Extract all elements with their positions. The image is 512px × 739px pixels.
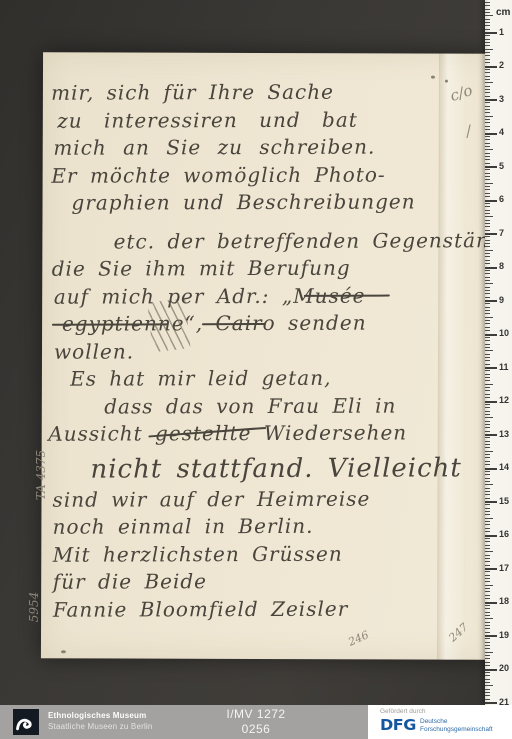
ruler-tick [485, 300, 497, 302]
ruler-tick [485, 411, 490, 412]
ruler-tick [485, 615, 490, 616]
ruler-tick [485, 384, 493, 385]
ruler-tick [485, 692, 490, 693]
ruler-tick [485, 216, 493, 217]
ruler-tick [485, 561, 490, 562]
ruler-tick [485, 545, 490, 546]
ruler-tick [485, 642, 490, 643]
ruler-tick [485, 206, 490, 207]
ruler-tick [485, 595, 490, 596]
ruler-tick [485, 317, 493, 318]
ruler-number: 9 [499, 295, 504, 305]
ruler-number: 10 [499, 328, 509, 338]
handwritten-letter-text: mir, sich für Ihre Sachezu interessiren … [51, 78, 477, 623]
ruler-tick [485, 565, 490, 566]
ruler-tick [485, 116, 493, 117]
ruler-tick [485, 457, 490, 458]
ruler-tick [485, 133, 497, 135]
ruler-unit-label: cm [496, 7, 510, 18]
ruler-tick [485, 568, 497, 570]
ruler-tick [485, 508, 490, 509]
ruler-tick [485, 434, 497, 436]
ruler-tick [485, 69, 490, 70]
ruler-tick [485, 558, 490, 559]
underline-stroke-musee [304, 295, 390, 297]
ruler-tick [485, 377, 490, 378]
ruler-tick [485, 652, 493, 653]
ruler-tick [485, 82, 493, 83]
ruler-tick [485, 437, 490, 438]
ruler-tick [485, 605, 490, 606]
ruler-tick [485, 290, 490, 291]
ruler-tick [485, 394, 490, 395]
ruler-tick [485, 344, 490, 345]
ruler-tick [485, 79, 490, 80]
ruler-tick [485, 401, 497, 403]
ruler-tick [485, 122, 490, 123]
ruler-tick [485, 612, 490, 613]
ruler-tick [485, 682, 490, 683]
ruler-tick [485, 521, 490, 522]
ruler-tick [485, 387, 490, 388]
ruler-tick [485, 511, 490, 512]
ruler-tick [485, 176, 490, 177]
ruler-tick [485, 414, 490, 415]
letter-line: mir, sich für Ihre Sache [51, 78, 475, 107]
ruler-tick [485, 648, 490, 649]
ruler-tick [485, 52, 490, 53]
ruler-tick [485, 380, 490, 381]
ruler-tick [485, 689, 490, 690]
ruler-tick [485, 253, 490, 254]
ruler-tick [485, 200, 497, 202]
dfg-org-name: Deutsche Forschungsgemeinschaft [420, 718, 493, 733]
paper-speck [61, 650, 66, 653]
ruler-tick [485, 143, 490, 144]
ruler-tick [485, 256, 490, 257]
ruler-tick [485, 488, 490, 489]
ruler-tick [485, 658, 490, 659]
ruler-tick [485, 390, 490, 391]
ruler-tick [485, 129, 490, 130]
ruler-tick [485, 471, 490, 472]
ruler-tick [485, 481, 490, 482]
letter-line: die Sie ihm mit Berufung [52, 254, 476, 283]
ruler-number: 20 [499, 663, 509, 673]
ruler-tick [485, 62, 490, 63]
ruler-tick [485, 454, 490, 455]
ruler-tick [485, 585, 493, 586]
ruler-tick [485, 665, 490, 666]
ruler-tick [485, 622, 490, 623]
ruler-tick [485, 19, 490, 20]
ruler-tick [485, 608, 490, 609]
ruler-tick [485, 364, 490, 365]
letter-paper: mir, sich für Ihre Sachezu interessiren … [41, 52, 491, 660]
ruler-tick [485, 447, 490, 448]
ruler-tick [485, 156, 490, 157]
ruler-tick [485, 39, 490, 40]
ruler-tick [485, 578, 490, 579]
pencil-archive-code: TA 4375 [34, 430, 48, 520]
ruler-tick [485, 367, 497, 369]
ruler-tick [485, 397, 490, 398]
ruler-tick [485, 220, 490, 221]
ruler-tick [485, 628, 490, 629]
letter-line: Fannie Bloomfield Zeisler [53, 595, 477, 624]
ruler-number: 2 [499, 60, 504, 70]
ruler-tick [485, 618, 493, 619]
ruler-tick [485, 126, 490, 127]
ruler-tick [485, 535, 497, 537]
ruler-tick [485, 638, 490, 639]
ruler-tick [485, 210, 490, 211]
ruler-tick [485, 588, 490, 589]
underline-stroke-cairo [202, 323, 266, 325]
ruler-tick [485, 354, 490, 355]
ruler-tick [485, 357, 490, 358]
ruler-tick [485, 340, 490, 341]
ruler-number: 14 [499, 462, 509, 472]
ruler-tick [485, 293, 490, 294]
ruler-tick [485, 9, 490, 10]
letter-line: für die Beide [53, 567, 477, 596]
letter-line: wollen. [54, 337, 476, 366]
ruler-tick [485, 518, 493, 519]
ruler-tick [485, 5, 490, 6]
ruler-tick [485, 173, 490, 174]
ruler-tick [485, 273, 490, 274]
ruler-tick [485, 555, 490, 556]
ruler-number: 8 [499, 261, 504, 271]
ruler-tick [485, 645, 490, 646]
ruler-number: 18 [499, 596, 509, 606]
ruler-number: 4 [499, 127, 504, 137]
ruler-tick [485, 504, 490, 505]
ruler-tick [485, 169, 490, 170]
ruler-tick [485, 193, 490, 194]
ruler-tick [485, 548, 490, 549]
ruler-tick [485, 531, 490, 532]
ruler-tick [485, 196, 490, 197]
ruler-tick [485, 189, 490, 190]
letter-line: graphien und Beschreibungen [71, 188, 475, 217]
ruler-tick [485, 699, 490, 700]
ruler-tick [485, 213, 490, 214]
ruler: cm 123456789101112131415161718192021 [485, 0, 512, 706]
ruler-tick [485, 591, 490, 592]
ruler-tick [485, 407, 490, 408]
ruler-number: 1 [499, 27, 504, 37]
ruler-tick [485, 675, 490, 676]
ruler-tick [485, 672, 490, 673]
ruler-tick [485, 598, 490, 599]
ruler-tick [485, 417, 493, 418]
ruler-tick [485, 42, 490, 43]
ruler-tick [485, 267, 497, 269]
ruler-tick [485, 136, 490, 137]
ruler-tick [485, 662, 490, 663]
ruler-tick [485, 179, 490, 180]
ruler-tick [485, 102, 490, 103]
ruler-tick [485, 66, 497, 68]
ruler-tick [485, 263, 490, 264]
ruler-number: 17 [499, 563, 509, 573]
crossout-hatch-marks [147, 298, 190, 352]
ruler-tick [485, 451, 493, 452]
ruler-tick [485, 498, 490, 499]
ruler-tick [485, 669, 497, 671]
letter-line: Aussicht gestellte Wiedersehen [48, 419, 476, 448]
letter-line: Es hat mir leid getan, [70, 364, 476, 393]
letter-line: noch einmal in Berlin. [53, 512, 477, 541]
ruler-tick [485, 494, 490, 495]
ruler-tick [485, 106, 490, 107]
ruler-tick [485, 334, 497, 336]
ruler-tick [485, 575, 490, 576]
ruler-tick [485, 695, 490, 696]
ruler-tick [485, 679, 490, 680]
ruler-tick [485, 280, 490, 281]
ruler-tick [485, 226, 490, 227]
letter-line: auf mich per Adr.: „Musée [54, 282, 476, 311]
ruler-tick [485, 655, 490, 656]
ruler-tick [485, 524, 490, 525]
ruler-number: 15 [499, 496, 509, 506]
ruler-tick [485, 250, 493, 251]
ruler-tick [485, 421, 490, 422]
ruler-tick [485, 632, 490, 633]
ruler-tick [485, 310, 490, 311]
pencil-archive-number: 5954 [27, 577, 41, 637]
ruler-tick [485, 330, 490, 331]
ruler-tick [485, 474, 490, 475]
ruler-tick [485, 230, 490, 231]
ruler-tick [485, 287, 490, 288]
ruler-tick [485, 307, 490, 308]
ruler-tick [485, 112, 490, 113]
ruler-tick [485, 49, 493, 50]
ruler-tick [485, 186, 490, 187]
ruler-tick [485, 538, 490, 539]
letter-line: nicht stattfand. Vielleicht [90, 451, 476, 486]
ruler-tick [485, 468, 497, 470]
ruler-tick [485, 431, 490, 432]
letter-line: Mit herzlichsten Grüssen [53, 540, 477, 569]
letter-line: sind wir auf der Heimreise [52, 485, 476, 514]
ruler-tick [485, 370, 490, 371]
ruler-tick [485, 25, 490, 26]
ruler-tick [485, 139, 490, 140]
ruler-number: 13 [499, 429, 509, 439]
ruler-tick [485, 551, 493, 552]
ruler-tick [485, 374, 490, 375]
ruler-tick [485, 72, 490, 73]
ruler-tick [485, 501, 497, 503]
ruler-tick [485, 327, 490, 328]
ruler-tick [485, 153, 490, 154]
ruler-tick [485, 323, 490, 324]
ruler-tick [485, 236, 490, 237]
ruler-tick [485, 243, 490, 244]
ruler-tick [485, 571, 490, 572]
ruler-tick [485, 297, 490, 298]
funding-box: Gefördert durch DFG Deutsche Forschungsg… [368, 705, 512, 739]
ruler-tick [485, 35, 490, 36]
ruler-tick [485, 223, 490, 224]
ruler-tick [485, 76, 490, 77]
ruler-tick [485, 149, 493, 150]
ruler-tick [485, 313, 490, 314]
ruler-number: 6 [499, 194, 504, 204]
ruler-tick [485, 444, 490, 445]
ruler-tick [485, 159, 490, 160]
ruler-tick [485, 464, 490, 465]
ruler-tick [485, 89, 490, 90]
ruler-tick [485, 427, 490, 428]
ruler-tick [485, 461, 490, 462]
letter-line: mich an Sie zu schreiben. [53, 133, 475, 162]
ruler-number: 16 [499, 529, 509, 539]
ruler-tick [485, 404, 490, 405]
footer-bar: Ethnologisches Museum Staatliche Museen … [0, 705, 512, 739]
ruler-tick [485, 86, 490, 87]
ruler-number: 19 [499, 630, 509, 640]
ruler-tick [485, 2, 490, 3]
ruler-tick [485, 337, 490, 338]
ruler-tick [485, 635, 497, 637]
ruler-tick [485, 183, 493, 184]
ruler-tick [485, 625, 490, 626]
ruler-number: 5 [499, 161, 504, 171]
ruler-tick [485, 59, 490, 60]
ruler-number: 12 [499, 395, 509, 405]
ruler-tick [485, 347, 490, 348]
ruler-tick [485, 424, 490, 425]
scan-background: mir, sich für Ihre Sachezu interessiren … [0, 0, 512, 739]
letter-line: dass das von Frau Eli in [104, 392, 476, 421]
ruler-tick [485, 491, 490, 492]
ruler-tick [485, 360, 490, 361]
ruler-tick [485, 119, 490, 120]
ruler-tick [485, 203, 490, 204]
ruler-tick [485, 109, 490, 110]
ruler-tick [485, 528, 490, 529]
ruler-tick [485, 15, 493, 16]
ruler-tick [485, 484, 493, 485]
ruler-tick [485, 45, 490, 46]
letter-line: Er möchte womöglich Photo- [51, 161, 475, 190]
ruler-tick [485, 163, 490, 164]
ruler-tick [485, 283, 493, 284]
funding-pretext: Gefördert durch [380, 708, 426, 715]
ruler-tick [485, 685, 493, 686]
ruler-tick [485, 92, 490, 93]
ruler-number: 7 [499, 228, 504, 238]
letter-line: zu interessiren und bat [57, 106, 475, 135]
ruler-tick [485, 166, 497, 168]
ruler-tick [485, 32, 497, 34]
ruler-tick [485, 146, 490, 147]
ruler-tick [485, 702, 497, 704]
ruler-tick [485, 541, 490, 542]
ruler-tick [485, 320, 490, 321]
ruler-tick [485, 240, 490, 241]
ruler-number: 11 [499, 362, 509, 372]
ruler-tick [485, 478, 490, 479]
ruler-tick [485, 260, 490, 261]
ruler-tick [485, 99, 497, 101]
ruler-tick [485, 350, 493, 351]
ruler-tick [485, 29, 490, 30]
ruler-tick [485, 96, 490, 97]
letter-line: etc. der betreffenden Gegenstände [114, 227, 476, 256]
ruler-number: 3 [499, 94, 504, 104]
ruler-tick [485, 277, 490, 278]
ruler-tick [485, 303, 490, 304]
ruler-tick [485, 441, 490, 442]
dfg-logo: DFG [380, 716, 416, 733]
ruler-tick [485, 270, 490, 271]
ruler-tick [485, 246, 490, 247]
ruler-tick [485, 233, 497, 235]
ruler-tick [485, 12, 490, 13]
ruler-tick [485, 514, 490, 515]
ruler-tick [485, 22, 490, 23]
ruler-tick [485, 602, 497, 604]
ruler-tick [485, 55, 490, 56]
ruler-tick [485, 581, 490, 582]
